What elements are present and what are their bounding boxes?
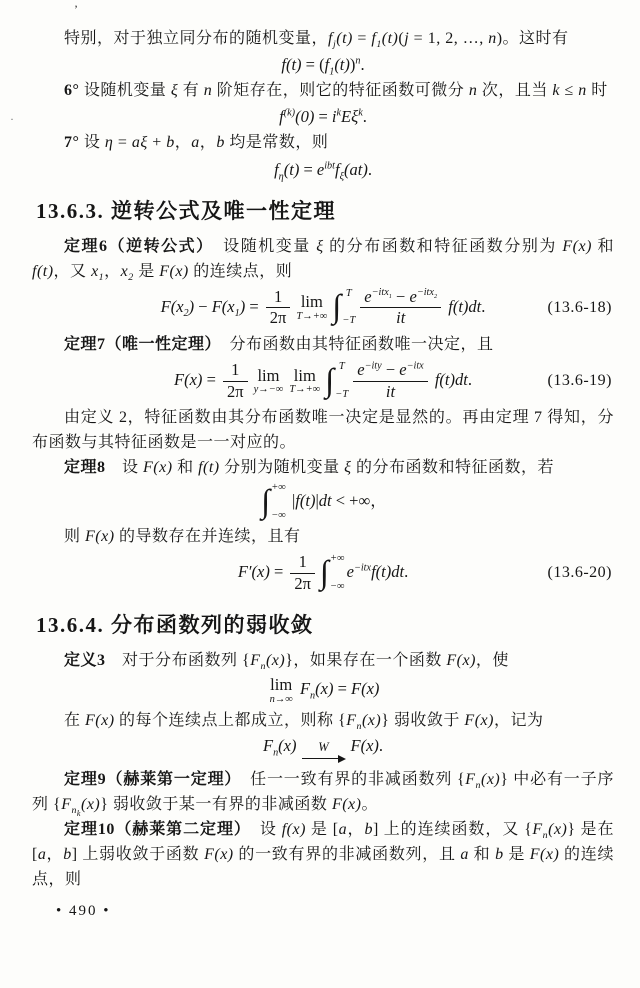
section-heading-13-6-3: 13.6.3. 逆转公式及唯一性定理 [36, 197, 614, 225]
paragraph-definition-3: 定义3 对于分布函数列 {Fn(x)}，如果存在一个函数 F(x)，使 [32, 648, 614, 673]
paragraph-definition-2-remark: 由定义 2，特征函数由其分布函数唯一决定是显然的。再由定理 7 得知，分布函数与… [32, 405, 614, 455]
formula-content: f(t) = (f1(t))n. [281, 55, 364, 75]
formula-weak-convergence-notation: Fn(x)WF(x). [32, 734, 614, 766]
scan-artifact-dot: · [10, 112, 14, 127]
formula-absolute-integrability: ∫+∞−∞ |f(t)|dt < +∞， [32, 481, 614, 523]
formula-content: limn→∞ Fn(x) = F(x) [267, 676, 380, 705]
formula-inversion-13-6-18: F(x2) − F(x1) = 12πlimT→+∞∫T−Te−itx1 − e… [32, 285, 614, 331]
paragraph-property-6: 6° 设随机变量 ξ 有 n 阶矩存在，则它的特征函数可微分 n 次，且当 k … [32, 78, 614, 103]
paragraph-theorem-8: 定理8 设 F(x) 和 f(t) 分别为随机变量 ξ 的分布函数和特征函数，若 [32, 455, 614, 480]
page-number: • 490 • [56, 903, 614, 920]
paragraph-derivative-exists: 则 F(x) 的导数存在并连续，且有 [32, 524, 614, 549]
formula-density-13-6-20: F′(x) = 12π∫+∞−∞e−itxf(t)dt. (13.6-20) [32, 550, 614, 596]
formula-uniqueness-13-6-19: F(x) = 12πlimy→−∞limT→+∞∫T−Te−ity − e−it… [32, 358, 614, 404]
section-heading-13-6-4: 13.6.4. 分布函数列的弱收敛 [36, 611, 614, 639]
paragraph-theorem-10: 定理10（赫莱第二定理） 设 f(x) 是 [a，b] 上的连续函数，又 {Fn… [32, 817, 614, 892]
formula-kth-derivative: f(k)(0) = ikEξk. [32, 104, 614, 129]
formula-content: F(x2) − F(x1) = 12πlimT→+∞∫T−Te−itx1 − e… [161, 287, 486, 329]
paragraph-weak-convergence: 在 F(x) 的每个连续点上都成立，则称 {Fn(x)} 弱收敛于 F(x)，记… [32, 708, 614, 733]
formula-content: F′(x) = 12π∫+∞−∞e−itxf(t)dt. [238, 552, 408, 594]
paragraph-theorem-9: 定理9（赫莱第一定理） 任一一致有界的非减函数列 {Fn(x)} 中必有一子序列… [32, 767, 614, 817]
formula-limit-distribution: limn→∞ Fn(x) = F(x) [32, 674, 614, 707]
equation-number-20: (13.6-20) [548, 564, 612, 582]
formula-linear-transform: fη(t) = eibtfξ(at). [32, 156, 614, 181]
scanned-textbook-page: ’ · 特别，对于独立同分布的随机变量，fj(t) = f1(t)(j = 1,… [0, 0, 640, 988]
formula-content: fη(t) = eibtfξ(at). [274, 160, 372, 180]
formula-content: Fn(x)WF(x). [263, 736, 383, 764]
paragraph-theorem-7: 定理7（唯一性定理） 分布函数由其特征函数唯一决定，且 [32, 332, 614, 357]
equation-number-18: (13.6-18) [548, 299, 612, 317]
formula-content: f(k)(0) = ikEξk. [279, 107, 367, 127]
paragraph-property-7: 7° 设 η = aξ + b，a，b 均是常数，则 [32, 130, 614, 155]
scan-artifact-tick: ’ [74, 2, 78, 17]
formula-content: ∫+∞−∞ |f(t)|dt < +∞， [259, 483, 387, 521]
formula-iid-product: f(t) = (f1(t))n. [32, 52, 614, 77]
formula-content: F(x) = 12πlimy→−∞limT→+∞∫T−Te−ity − e−it… [174, 360, 472, 402]
paragraph-iid-property: 特别，对于独立同分布的随机变量，fj(t) = f1(t)(j = 1, 2, … [32, 26, 614, 51]
paragraph-theorem-6: 定理6（逆转公式） 设随机变量 ξ 的分布函数和特征函数分别为 F(x) 和 f… [32, 234, 614, 284]
equation-number-19: (13.6-19) [548, 372, 612, 390]
